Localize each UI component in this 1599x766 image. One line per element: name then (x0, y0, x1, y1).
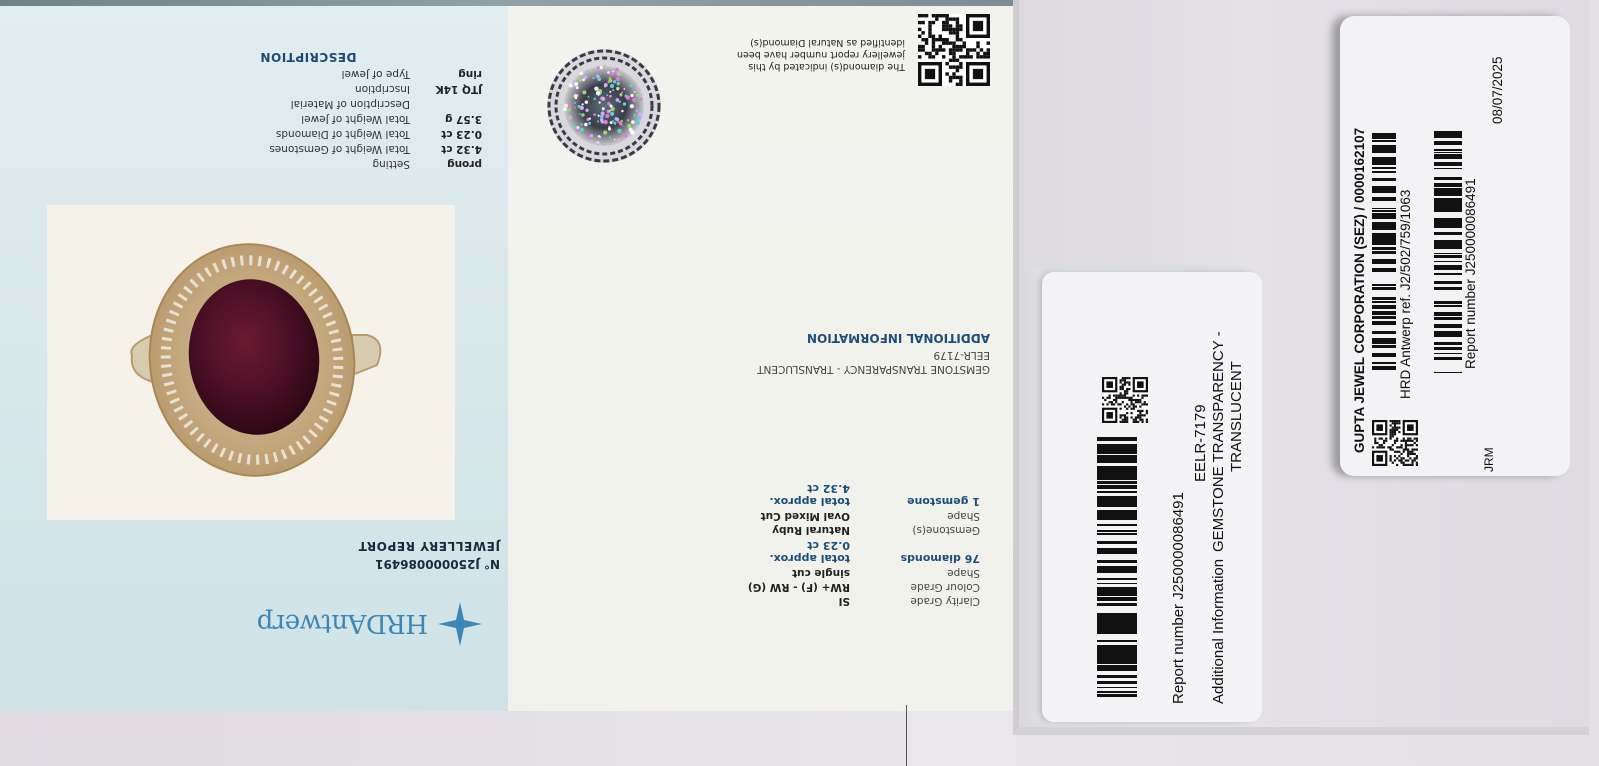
description-heading: DESCRIPTION (260, 50, 357, 64)
description-value: 3.57 g (445, 113, 482, 125)
diamond-clarity-label: Clarity Grade (910, 595, 980, 607)
additional-info-code: EELR-7179 (934, 349, 991, 361)
report-card-large: GUPTA JEWEL CORPORATION (SEZ) / 00001621… (1340, 16, 1570, 476)
gemstone-total: total approx. 4.32 ct (740, 482, 850, 508)
qr-code-icon (918, 14, 990, 86)
barcode-icon (1097, 437, 1137, 697)
description-value: ring (458, 68, 482, 80)
card-small-code: EELR-7179 (1192, 404, 1209, 482)
star-icon (438, 602, 482, 646)
gem-shape-value: Oval Mixed Cut (761, 510, 850, 522)
report-card-small: Report number J250000086491 Additional I… (1042, 272, 1262, 722)
description-row: Total Weight of Diamonds0.23 ct (240, 126, 490, 140)
gem-type-value: Natural Ruby (772, 524, 850, 536)
description-value: prong (447, 158, 482, 170)
card-small-additional-value-2: TRANSLUCENT (1228, 361, 1245, 472)
diamond-shape-label: Shape (947, 567, 980, 579)
description-row: Settingprong (240, 156, 490, 170)
gem-shape-label: Shape (947, 510, 980, 522)
logo-antwerp: Antwerp (257, 608, 366, 638)
description-row: InscriptionJTQ 14K (240, 81, 490, 95)
description-label: Total Weight of Gemstones (269, 143, 410, 155)
description-label: Inscription (355, 83, 410, 95)
diamond-clarity-value: SI (839, 595, 850, 607)
description-label: Total Weight of Jewel (301, 113, 410, 125)
diamond-colour-label: Colour Grade (911, 581, 980, 593)
diamond-total: total approx. 0.23 ct (740, 539, 850, 565)
card-big-hrd-ref: HRD Antwerp ref. J2/502/759/1063 (1398, 190, 1413, 399)
card-small-additional-label: Additional Information (1210, 559, 1227, 704)
gem-type-label: Gemstone(s) (912, 524, 980, 536)
additional-information-section: ADDITIONAL INFORMATION EELR-7179 GEMSTON… (720, 325, 990, 385)
description-value: JTQ 14K (436, 83, 482, 95)
description-row: Total Weight of Gemstones4.32 ct (240, 141, 490, 155)
description-label: Description of Material (291, 98, 410, 110)
barcode-icon (1434, 131, 1462, 373)
card-big-company: GUPTA JEWEL CORPORATION (SEZ) / 00001621… (1352, 128, 1367, 453)
card-big-date: 08/07/2025 (1490, 56, 1505, 124)
qr-code-icon (1372, 420, 1418, 466)
hrd-antwerp-logo: HRDAntwerp (258, 595, 488, 650)
description-label: Total Weight of Diamonds (276, 128, 410, 140)
natural-diamond-text: The diamond(s) indicated by this jewelle… (720, 36, 905, 72)
card-small-report-number: Report number J250000086491 (1170, 492, 1187, 704)
jewel-photo (47, 205, 455, 520)
report-number: N° J250000086491 (375, 557, 500, 571)
natural-diamond-note: The diamond(s) indicated by this jewelle… (715, 10, 990, 90)
additional-info-transparency: GEMSTONE TRANSPARENCY - TRANSLUCENT (757, 363, 990, 375)
report-title: JEWELLERY REPORT (358, 539, 500, 553)
logo-hrd: HRD (366, 608, 428, 638)
qr-code-icon (1102, 377, 1148, 423)
card-big-initials: JRM (1482, 447, 1496, 472)
card-big-report-number: Report number J250000086491 (1463, 178, 1478, 369)
description-value: 0.23 ct (441, 128, 482, 140)
ruby-ring-image (47, 205, 455, 520)
description-row: Description of Material (240, 96, 490, 110)
gemstone-heading: 1 gemstone (907, 495, 980, 508)
diamond-heading: 76 diamonds (901, 552, 980, 565)
card-small-additional-value: GEMSTONE TRANSPARENCY - (1210, 331, 1227, 552)
additional-information-heading: ADDITIONAL INFORMATION (807, 331, 990, 345)
barcode-icon (1372, 131, 1396, 371)
table-edge-line (906, 705, 907, 766)
description-row: Type of Jewelring (240, 66, 490, 80)
diamond-colour-value: RW+ (F) - RW (G) (748, 581, 850, 593)
description-row: Total Weight of Jewel3.57 g (240, 111, 490, 125)
description-section: DESCRIPTIONType of JewelringInscriptionJ… (240, 40, 490, 190)
hologram-seal-icon (543, 45, 665, 167)
gemstone-diamond-details: 1 gemstone total approx. 4.32 ct Shape O… (740, 490, 990, 650)
description-label: Type of Jewel (342, 68, 410, 80)
description-value: 4.32 ct (441, 143, 482, 155)
description-label: Setting (372, 158, 410, 170)
report-header: JEWELLERY REPORT N° J250000086491 (320, 535, 500, 575)
diamond-shape-value: single cut (792, 567, 850, 579)
